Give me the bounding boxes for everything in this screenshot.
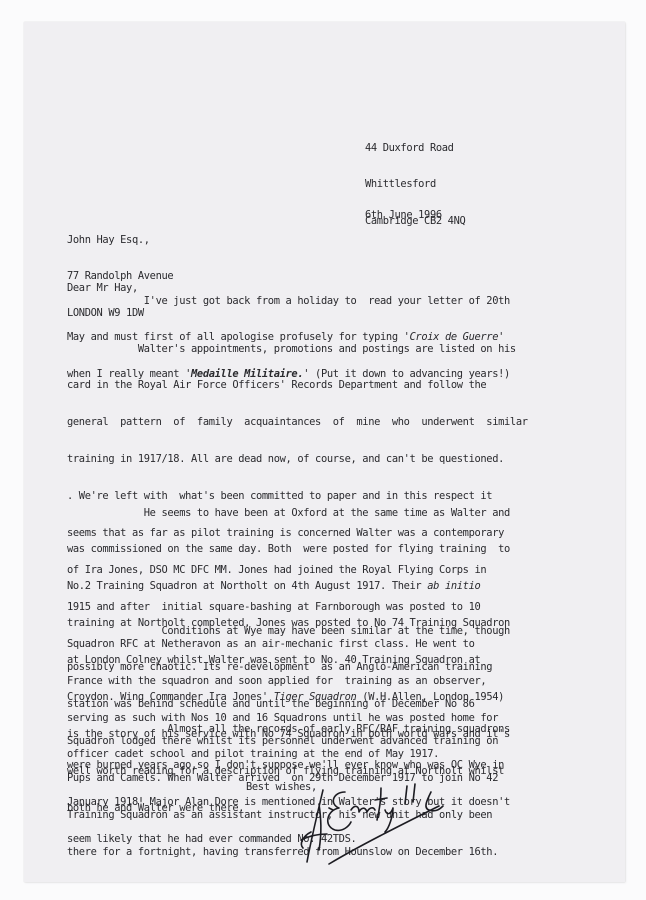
- italic-phrase: ab initio: [427, 580, 480, 592]
- recipient-name: John Hay Esq.,: [67, 234, 173, 246]
- letter-page: 44 Duxford Road Whittlesford Cambridge C…: [24, 22, 625, 882]
- letter-date: 6th June 1996: [365, 184, 442, 245]
- signature-icon: [289, 770, 464, 870]
- sender-street: 44 Duxford Road: [365, 142, 465, 154]
- paragraph-line: No.2 Training Squadron at Northolt on 4t…: [67, 580, 607, 592]
